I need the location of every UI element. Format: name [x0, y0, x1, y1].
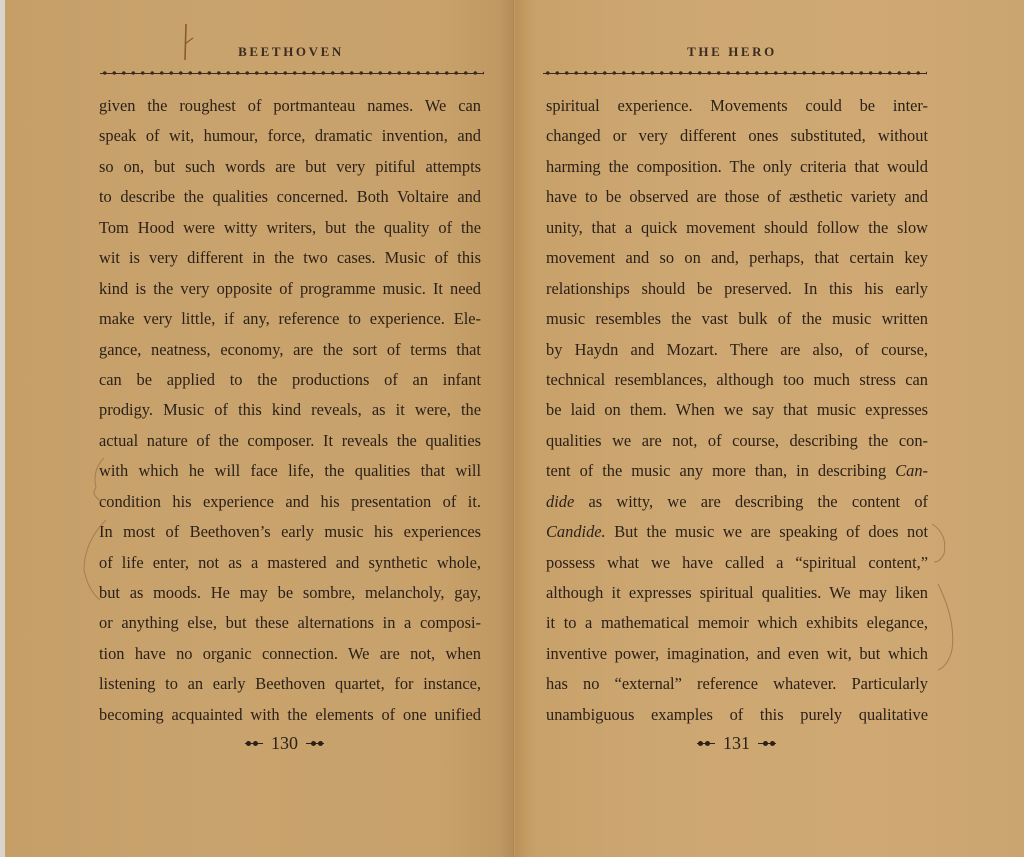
text-line: make very little, if any, reference to e… — [99, 304, 481, 334]
text-line: of life enter, not as a mastered and syn… — [99, 548, 481, 578]
italic-title: Can- — [895, 461, 928, 480]
text-line: music resembles the vast bulk of the mus… — [546, 304, 928, 334]
left-page-body-text: given the roughest of portmanteau names.… — [99, 91, 481, 730]
text-line: tent of the music any more than, in desc… — [546, 456, 928, 486]
text-line: dide as witty, we are describing the con… — [546, 487, 928, 517]
text-line: gance, neatness, economy, are the sort o… — [99, 335, 481, 365]
text-line: qualities we are not, of course, describ… — [546, 426, 928, 456]
left-ornament-icon — [697, 741, 715, 747]
text-line: harming the composition. The only criter… — [546, 152, 928, 182]
text-line: unambiguous examples of this purely qual… — [546, 700, 928, 730]
text-line: it to a mathematical memoir which exhibi… — [546, 608, 928, 638]
text-line: actual nature of the composer. It reveal… — [99, 426, 481, 456]
book-gutter — [513, 0, 515, 857]
text-line: Tom Hood were witty writers, but the qua… — [99, 213, 481, 243]
text-line: unity, that a quick movement should foll… — [546, 213, 928, 243]
text-line: Candide. But the music we are speaking o… — [546, 517, 928, 547]
text-line: with which he will face life, the qualit… — [99, 456, 481, 486]
italic-title: dide — [546, 492, 574, 511]
text-line: speak of wit, humour, force, dramatic in… — [99, 121, 481, 151]
text-line: changed or very different ones substitut… — [546, 121, 928, 151]
right-header-dotted-rule — [543, 70, 927, 76]
text-line: wit is very different in the two cases. … — [99, 243, 481, 273]
text-line: inventive power, imagination, and even w… — [546, 639, 928, 669]
text-line: be laid on them. When we say that music … — [546, 395, 928, 425]
right-ornament-icon — [758, 741, 776, 747]
italic-title: Candide. — [546, 522, 606, 541]
text-line: tion have no organic connection. We are … — [99, 639, 481, 669]
text-line: kind is the very opposite of programme m… — [99, 274, 481, 304]
text-line: technical resemblances, although too muc… — [546, 365, 928, 395]
text-line: by Haydn and Mozart. There are also, of … — [546, 335, 928, 365]
text-line: to describe the qualities concerned. Bot… — [99, 182, 481, 212]
text-line: prodigy. Music of this kind reveals, as … — [99, 395, 481, 425]
right-page-number-block: 131 — [697, 733, 776, 754]
text-line: In most of Beethoven’s early music his e… — [99, 517, 481, 547]
left-running-head: BEETHOVEN — [191, 44, 391, 60]
text-line: condition his experience and his present… — [99, 487, 481, 517]
left-page-number: 130 — [271, 733, 298, 754]
text-line: although it expresses spiritual qualitie… — [546, 578, 928, 608]
text-line: relationships should be preserved. In th… — [546, 274, 928, 304]
left-header-dotted-rule — [100, 70, 484, 76]
right-ornament-icon — [306, 741, 324, 747]
right-page-number: 131 — [723, 733, 750, 754]
text-line: can be applied to the productions of an … — [99, 365, 481, 395]
left-ornament-icon — [245, 741, 263, 747]
right-running-head: THE HERO — [632, 44, 832, 60]
text-line: possess what we have called a “spiritual… — [546, 548, 928, 578]
text-line: have to be observed are those of æstheti… — [546, 182, 928, 212]
text-line: so on, but such words are but very pitif… — [99, 152, 481, 182]
text-line: movement and so on and, perhaps, that ce… — [546, 243, 928, 273]
text-line: has no “external” reference whatever. Pa… — [546, 669, 928, 699]
right-page-body-text: spiritual experience. Movements could be… — [546, 91, 928, 730]
text-line: or anything else, but these alternations… — [99, 608, 481, 638]
text-line: listening to an early Beethoven quartet,… — [99, 669, 481, 699]
text-line: becoming acquainted with the elements of… — [99, 700, 481, 730]
text-line: spiritual experience. Movements could be… — [546, 91, 928, 121]
text-line: but as moods. He may be sombre, melancho… — [99, 578, 481, 608]
left-page-number-block: 130 — [245, 733, 324, 754]
text-line: given the roughest of portmanteau names.… — [99, 91, 481, 121]
